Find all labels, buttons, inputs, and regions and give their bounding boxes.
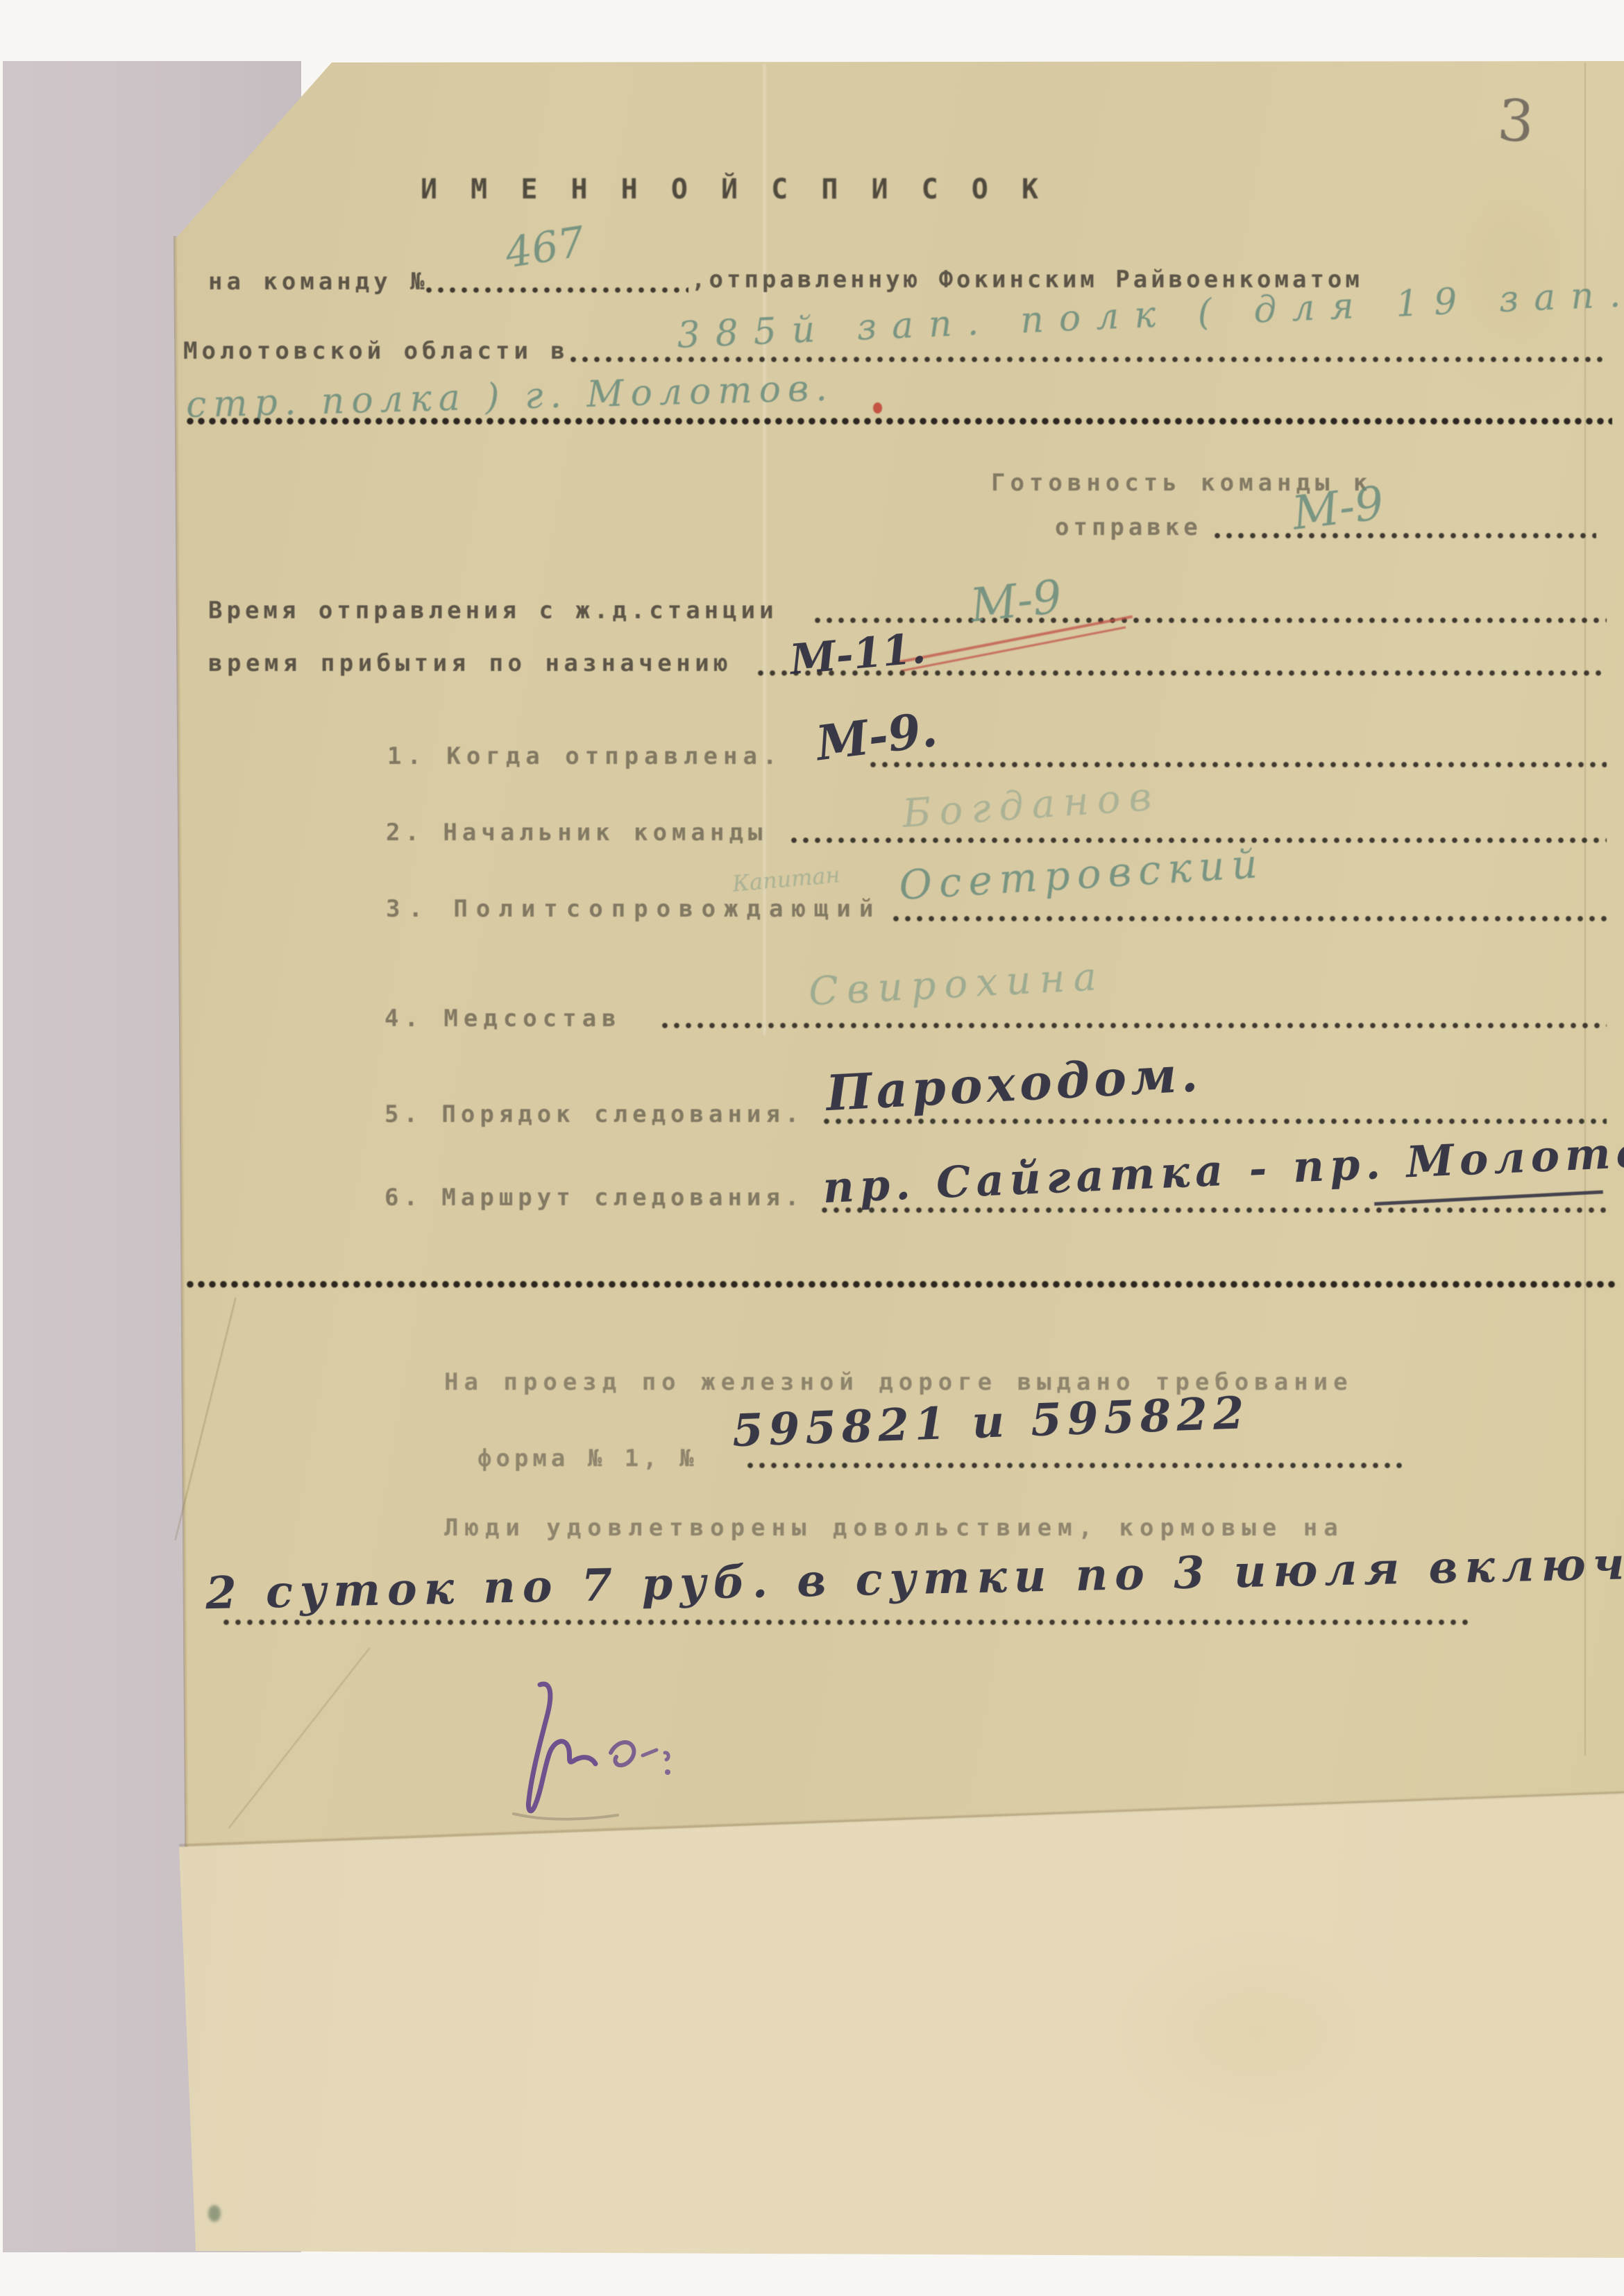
ink-smudge xyxy=(208,2205,221,2222)
item4-label: 4. Медсостав xyxy=(384,1005,622,1032)
document-title: И М Е Н Н О Й С П И С О К xyxy=(421,173,1047,205)
page-number: 3 xyxy=(1496,87,1537,155)
allowance-line1: Люди удовлетворены довольствием, кормовы… xyxy=(444,1514,1344,1542)
item5-label: 5. Порядок следования. xyxy=(384,1100,804,1128)
readiness-value: М-9 xyxy=(1289,476,1387,540)
dot-leader xyxy=(892,913,1607,924)
dot-leader xyxy=(746,1460,1402,1470)
item3-label: 3. Политсопровождающий xyxy=(386,895,881,923)
arrival-label: время прибытия по назначению xyxy=(208,649,732,677)
dot-leader xyxy=(569,354,1605,364)
dot-leader xyxy=(1213,530,1596,541)
dot-leader xyxy=(813,615,1607,625)
dot-leader xyxy=(661,1020,1607,1030)
railway-line2-label: форма № 1, № xyxy=(477,1445,698,1472)
dot-leader xyxy=(222,1617,1471,1627)
header-line2-label: Молотовской области в xyxy=(183,337,569,365)
readiness-label-2: отправке xyxy=(1055,513,1202,541)
departure-value: М-9 xyxy=(967,570,1064,632)
red-ink-dot xyxy=(873,402,882,414)
dot-leader xyxy=(186,415,1612,429)
item2-label: 2. Начальник команды xyxy=(386,819,767,847)
signature-mark xyxy=(486,1671,763,1837)
dot-leader xyxy=(425,284,688,295)
item1-label: 1. Когда отправлена. xyxy=(387,742,782,770)
departure-label: Время отправления с ж.д.станции xyxy=(208,597,778,624)
paper-stain xyxy=(1110,1929,1402,2137)
dot-leader xyxy=(186,1278,1617,1292)
dot-leader xyxy=(822,1116,1607,1126)
paper-stain xyxy=(1423,125,1603,416)
item6-label: 6. Маршрут следования. xyxy=(384,1184,804,1211)
header-line1-label: на команду № xyxy=(208,268,429,296)
dot-leader xyxy=(869,759,1607,769)
